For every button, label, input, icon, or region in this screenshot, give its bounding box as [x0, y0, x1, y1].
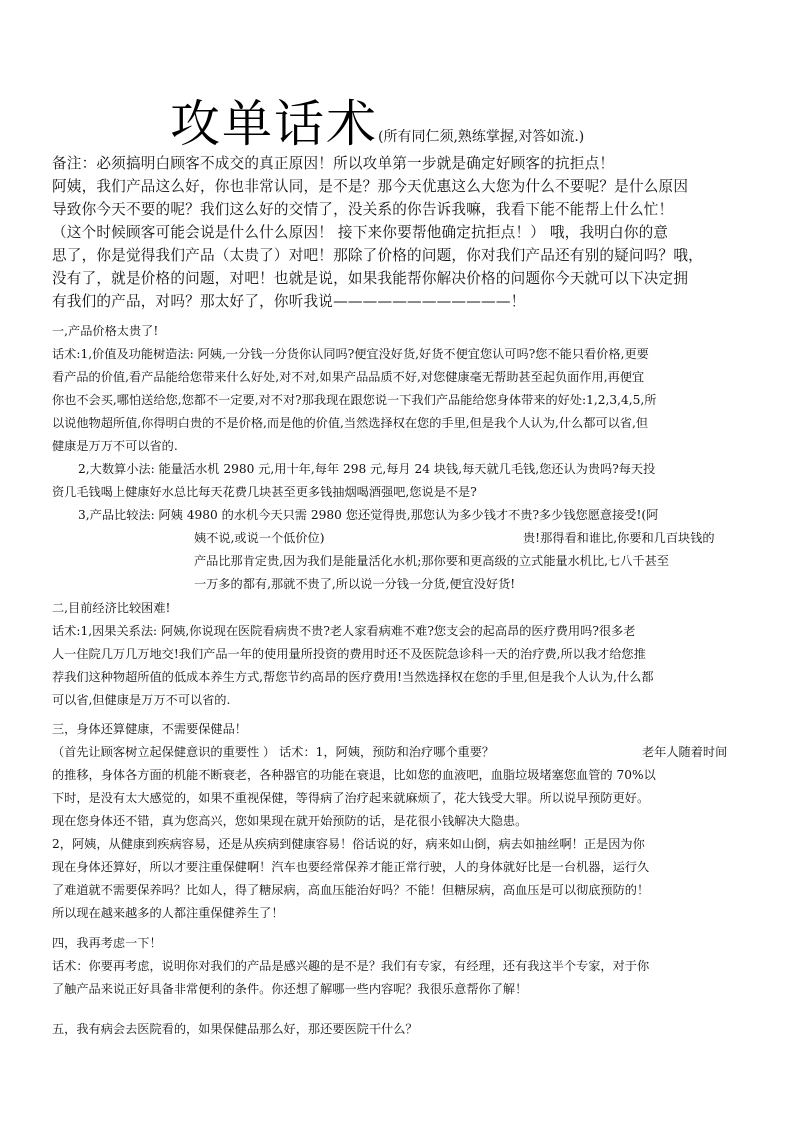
section-line: 人一住院几万几万地交!我们产品一年的使用量所投资的费用时还不及医院急诊科一天的治… — [52, 645, 646, 662]
section-line: 健康是万万不可以省的. — [52, 437, 178, 454]
section-line: 下时，是没有太大感觉的，如果不重视保健，等得病了治疗起来就麻烦了，花大钱受大罪。… — [52, 789, 649, 806]
section-line: 贵!那得看和谁比,你要和几百块钱的 — [523, 529, 715, 546]
section-line: 你也不会买,哪怕送给您,您都不一定要,对不对?那我现在跟您说一下我们产品能给您身… — [52, 391, 656, 408]
section-line: 了难道就不需要保养吗？比如人，得了糖尿病，高血压能治好吗？不能！但糖尿病，高血压… — [52, 881, 649, 898]
intro-line: 有我们的产品，对吗？那太好了，你听我说————————————！ — [52, 290, 525, 311]
section-line: 可以省,但健康是万万不可以省的. — [52, 691, 230, 708]
section-line: 老年人随着时间 — [642, 743, 727, 760]
section-heading-hospital: 五，我有病会去医院看的，如果保健品那么好，那还要医院干什么？ — [52, 1020, 418, 1037]
intro-line: 思了，你是觉得我们产品（太贵了）对吧！那除了价格的问题，你对我们产品还有别的疑问… — [52, 244, 703, 265]
intro-line: 没有了，就是价格的问题，对吧！也就是说，如果我能帮你解决价格的问题你今天就可以下… — [52, 267, 688, 288]
section-line: 的推移，身体各方面的机能不断衰老，各种器官的功能在衰退，比如您的血液吧，血脂垃圾… — [52, 766, 656, 783]
section-line: （首先让顾客树立起保健意识的重要性 ） 话术：1，阿姨，预防和治疗哪个重要？ — [52, 743, 494, 760]
intro-note: 备注：必须搞明白顾客不成交的真正原因！所以攻单第一步就是确定好顾客的抗拒点！ — [52, 152, 614, 173]
section-line: 话术:1,价值及功能树造法: 阿姨,一分钱一分货你认同吗?便宜没好货,好货不便宜… — [52, 345, 649, 362]
section-heading-price: 一,产品价格太贵了! — [52, 322, 158, 339]
method-big-number: 2,大数算小法: 能量活水机 2980 元,用十年,每年 298 元,每月 24… — [78, 460, 655, 477]
section-heading-economy: 二,目前经济比较困难! — [52, 599, 170, 616]
section-line: 话术:1,因果关系法: 阿姨,你说现在医院看病贵不贵?老人家看病难不难?您支会的… — [52, 622, 635, 639]
section-line: 以说他物超所值,你得明白贵的不是价格,而是他的价值,当然选择权在您的手里,但是我… — [52, 414, 648, 431]
title-main: 攻单话术 — [170, 95, 378, 153]
section-line: 荐我们这种物超所值的低成本养生方式,帮您节约高昂的医疗费用!当然选择权在您的手里… — [52, 668, 654, 685]
section-line: 所以现在越来越多的人都注重保健养生了！ — [52, 904, 284, 921]
section-line: 现在身体还算好，所以才要注重保健啊！汽车也要经常保养才能正常行驶，人的身体就好比… — [52, 858, 649, 875]
title-subtitle: (所有同仁须,熟练掌握,对答如流.) — [378, 129, 584, 145]
intro-line: （这个时候顾客可能会说是什么什么原因！ 接下来你要帮他确定抗拒点！） 哦，我明白… — [52, 221, 668, 242]
section-line: 看产品的价值,看产品能给您带来什么好处,对不对,如果产品品质不好,对您健康毫无帮… — [52, 368, 644, 385]
section-line: 了触产品来说正好具备非常便利的条件。你还想了解哪一些内容呢？我很乐意帮你了解！ — [52, 980, 527, 997]
section-line: 一万多的都有,那就不贵了,所以说一分钱一分货,便宜没好货! — [194, 575, 515, 592]
section-line: 2，阿姨，从健康到疾病容易，还是从疾病到健康容易！俗话说的好，病来如山倒，病去如… — [52, 835, 645, 852]
section-line: 话术：你要再考虑，说明你对我们的产品是感兴趣的是不是？我们有专家，有经理，还有我… — [52, 957, 649, 974]
document-title: 攻单话术(所有同仁须,熟练掌握,对答如流.) — [170, 84, 584, 156]
section-heading-healthy: 三，身体还算健康，不需要保健品！ — [52, 720, 247, 737]
intro-line: 导致你今天不要的呢？我们这么好的交情了，没关系的你告诉我嘛，我看下能不能帮上什么… — [52, 198, 673, 219]
section-line: 姨不说,或说一个低价位) — [194, 529, 325, 546]
section-line: 产品比那肯定贵,因为我们是能量活化水机;那你要和更高级的立式能量水机比,七八千甚… — [194, 552, 669, 569]
section-line: 资几毛钱喝上健康好水总比每天花费几块甚至更多钱抽烟喝酒强吧,您说是不是? — [52, 483, 477, 500]
method-comparison: 3,产品比较法: 阿姨 4980 的水机今天只需 2980 您还觉得贵,那您认为… — [78, 506, 658, 523]
intro-line: 阿姨，我们产品这么好，你也非常认同，是不是？那今天优惠这么大您为什么不要呢？是什… — [52, 175, 688, 196]
document-page: 攻单话术(所有同仁须,熟练掌握,对答如流.) 备注：必须搞明白顾客不成交的真正原… — [0, 0, 794, 1123]
section-heading-consider: 四，我再考虑一下！ — [52, 934, 162, 951]
section-line: 现在您身体还不错，真为您高兴，您如果现在就开始预防的话，是花很小钱解决大隐患。 — [52, 812, 527, 829]
